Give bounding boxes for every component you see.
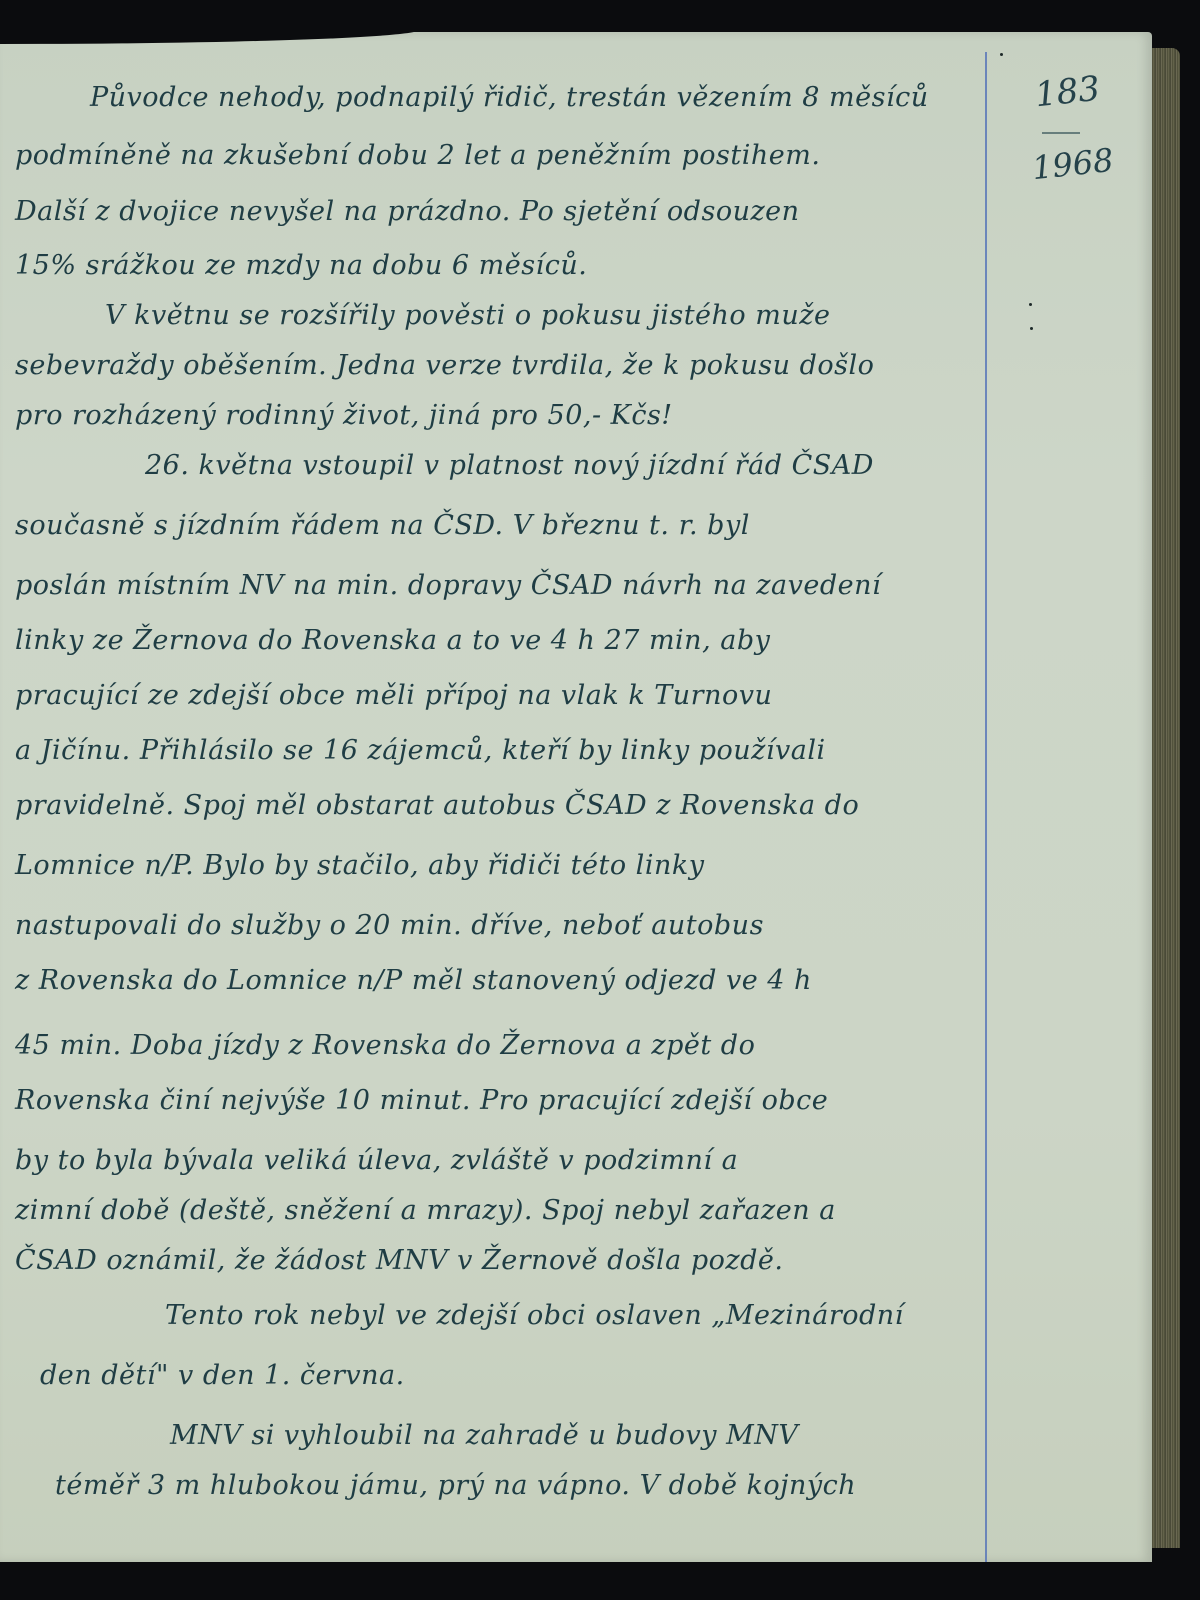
handwritten-line: nastupovali do služby o 20 min. dříve, n… — [15, 910, 764, 941]
handwritten-line: Tento rok nebyl ve zdejší obci oslaven „… — [165, 1300, 904, 1331]
handwritten-line: pro rozházený rodinný život, jiná pro 50… — [15, 400, 673, 431]
handwritten-line: pracující ze zdejší obce měli přípoj na … — [15, 680, 772, 711]
handwritten-line: den dětí" v den 1. června. — [40, 1360, 405, 1391]
book-page-edges — [1152, 48, 1180, 1548]
margin-rule-line — [985, 52, 987, 1562]
handwritten-line: ČSAD oznámil, že žádost MNV v Žernově do… — [15, 1245, 783, 1276]
handwritten-line: téměř 3 m hlubokou jámu, prý na vápno. V… — [55, 1470, 856, 1501]
handwritten-line: linky ze Žernova do Rovenska a to ve 4 h… — [15, 625, 770, 656]
handwritten-line: pravidelně. Spoj měl obstarat autobus ČS… — [15, 790, 859, 821]
handwritten-line: Původce nehody, podnapilý řidič, trestán… — [90, 82, 929, 113]
handwritten-line: současně s jízdním řádem na ČSD. V březn… — [15, 510, 750, 541]
handwritten-line: Lomnice n/P. Bylo by stačilo, aby řidiči… — [15, 850, 704, 881]
handwritten-line: z Rovenska do Lomnice n/P měl stanovený … — [15, 965, 812, 996]
handwritten-line: Rovenska činí nejvýše 10 minut. Pro prac… — [15, 1085, 828, 1116]
handwritten-line: sebevraždy oběšením. Jedna verze tvrdila… — [15, 350, 874, 381]
handwritten-line: 26. května vstoupil v platnost nový jízd… — [145, 450, 874, 481]
handwritten-line: 15% srážkou ze mzdy na dobu 6 měsíců. — [15, 250, 587, 281]
handwritten-line: podmíněně na zkušební dobu 2 let a peněž… — [15, 140, 820, 171]
handwritten-line: zimní době (deště, sněžení a mrazy). Spo… — [15, 1195, 836, 1226]
handwritten-line: a Jičínu. Přihlásilo se 16 zájemců, kteř… — [15, 735, 826, 766]
handwritten-line: Další z dvojice nevyšel na prázdno. Po s… — [15, 196, 800, 227]
handwritten-line: V květnu se rozšířily pověsti o pokusu j… — [105, 300, 830, 331]
handwritten-line: MNV si vyhloubil na zahradě u budovy MNV — [170, 1420, 798, 1451]
page-number: 183 — [1033, 69, 1102, 116]
handwritten-line: by to byla bývala veliká úleva, zvláště … — [15, 1145, 738, 1176]
page-number-divider — [1042, 132, 1080, 134]
handwritten-line: poslán místním NV na min. dopravy ČSAD n… — [15, 570, 881, 601]
handwritten-line: 45 min. Doba jízdy z Rovenska do Žernova… — [15, 1030, 755, 1061]
